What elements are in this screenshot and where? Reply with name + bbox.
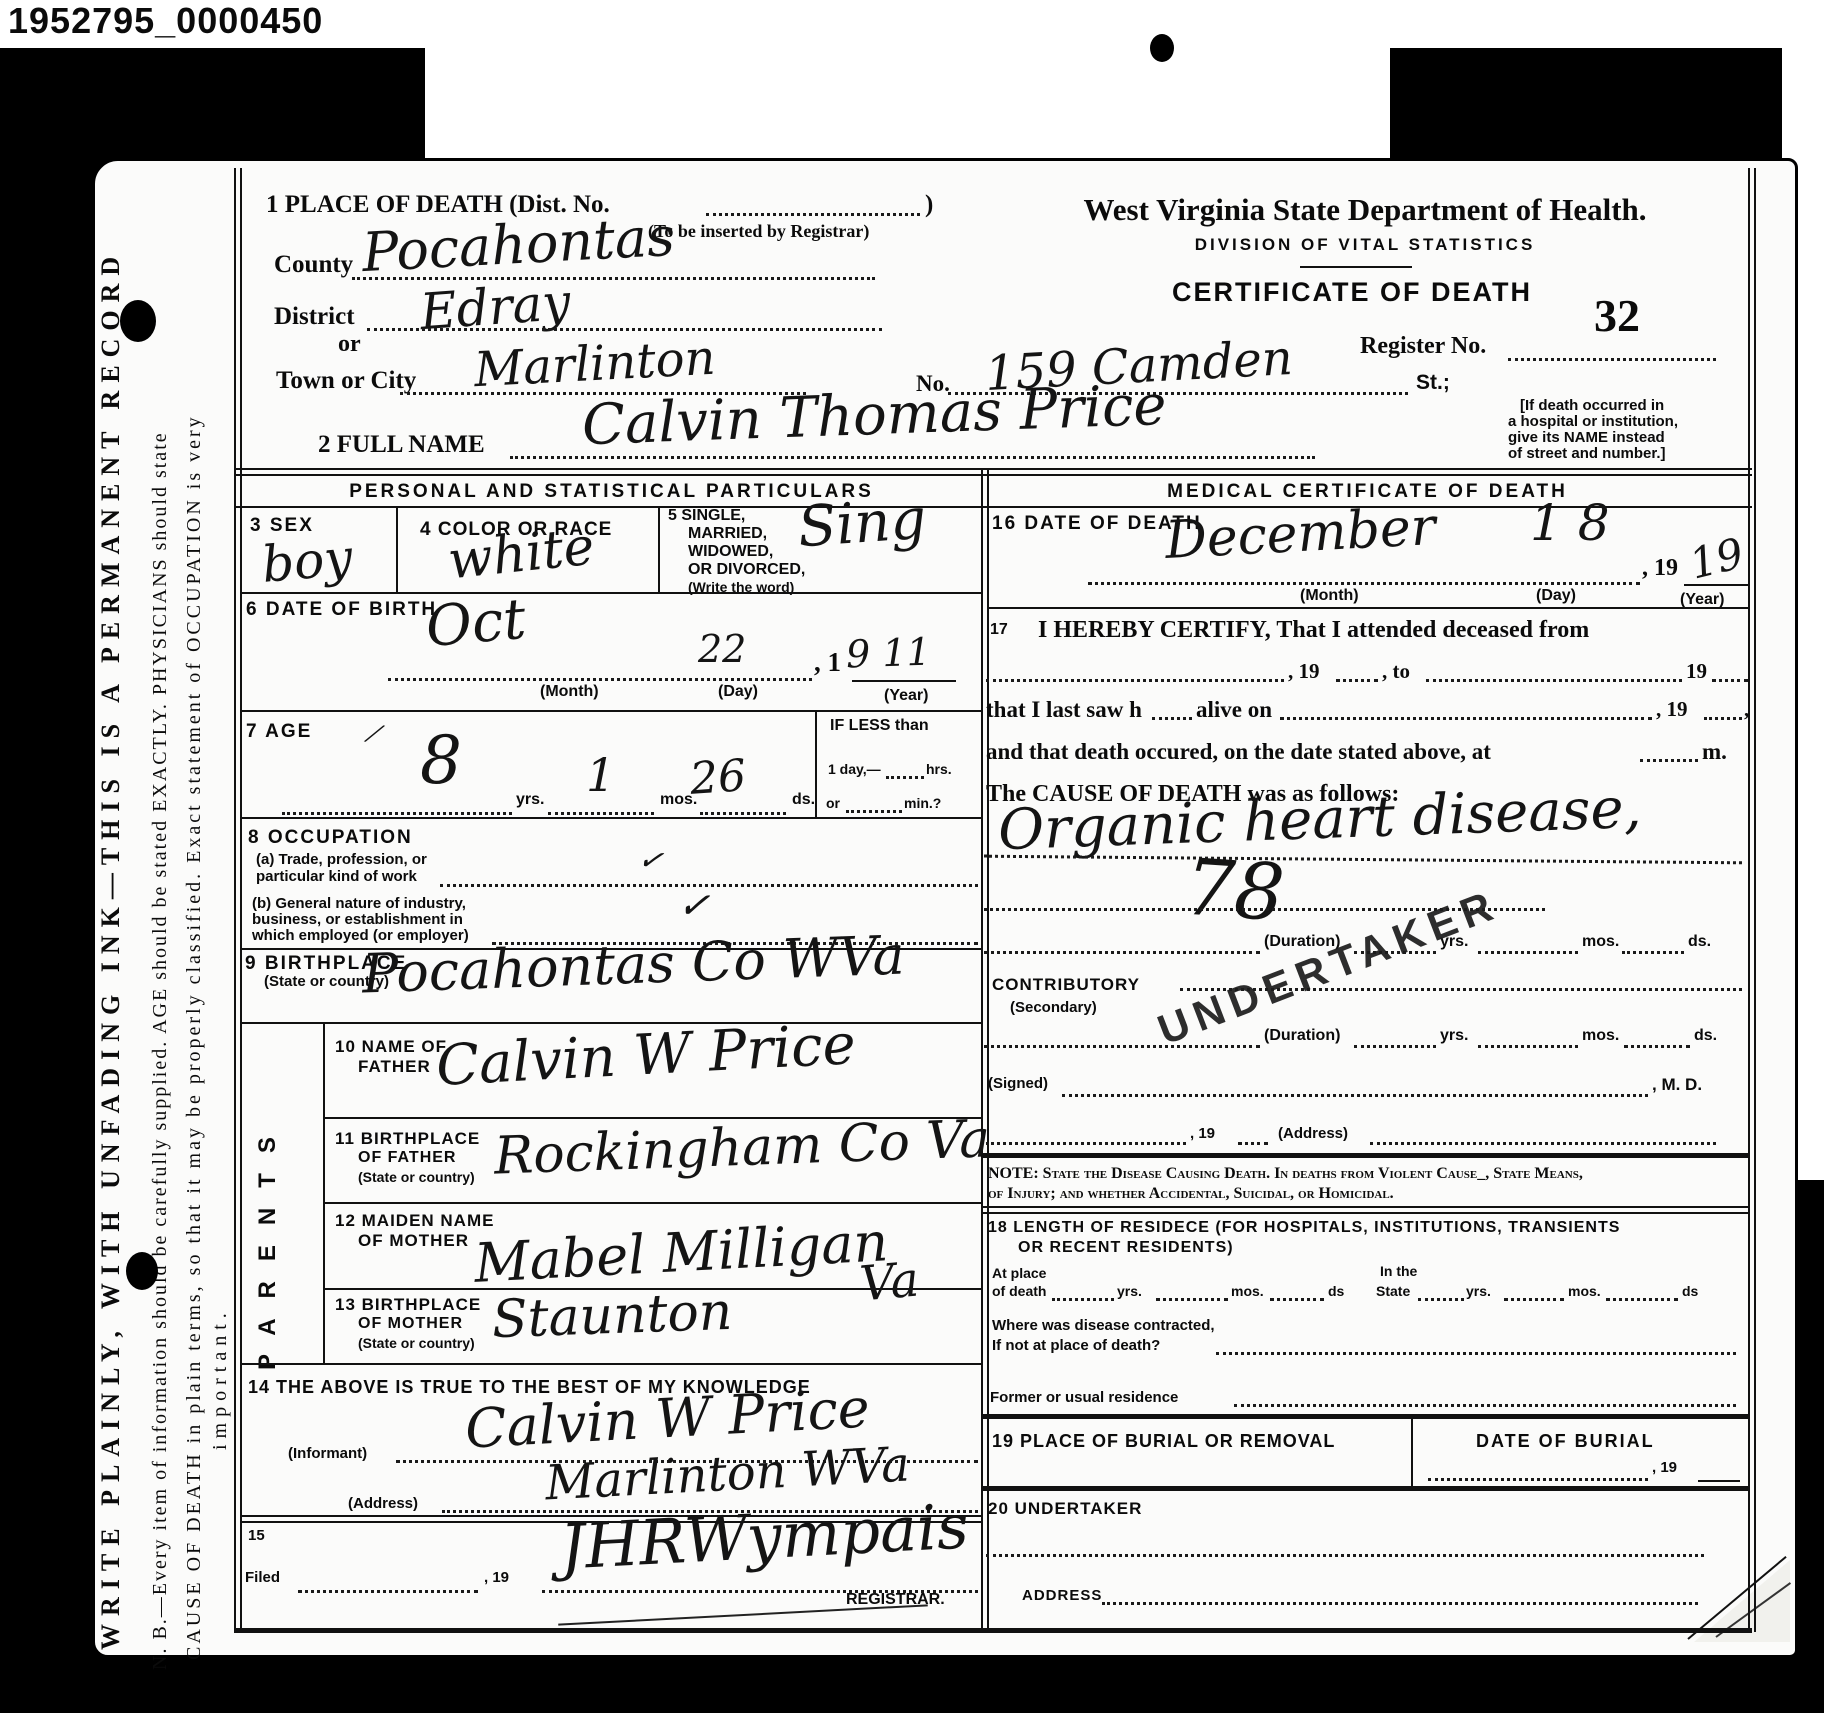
county-value: Pocahontas [361, 210, 676, 280]
town-value: Marlinton [473, 334, 717, 395]
certify-line2-a [986, 679, 1284, 682]
registrar-insert-note: (To be inserted by Registrar) [648, 222, 869, 241]
certify-line2-b [1336, 679, 1378, 682]
marital-label-4: OR DIVORCED, [688, 562, 805, 579]
duration-ds-cap: ds. [1688, 934, 1711, 951]
signed-addr-line-b [1238, 1142, 1268, 1145]
certify-line2-c [1426, 679, 1682, 682]
occupation-label: 8 OCCUPATION [248, 828, 413, 848]
certify-19b: 19 [1686, 660, 1707, 682]
certify-19a: , 19 [1288, 660, 1320, 682]
dob-cap-day: (Day) [718, 684, 758, 701]
rule-bottom [234, 1628, 1752, 1633]
mother-name-label-2: OF MOTHER [358, 1232, 469, 1250]
rule-under-residence [981, 1414, 1748, 1419]
res-yrs-cap-2: yrs. [1466, 1284, 1491, 1299]
ink-blot-lower [126, 1252, 158, 1290]
dob-label: 6 DATE OF BIRTH [246, 600, 437, 620]
burial-label: 19 PLACE OF BURIAL OR REMOVAL [992, 1432, 1335, 1451]
res-line-c [1270, 1298, 1324, 1301]
in-the-cap: In the [1380, 1264, 1417, 1279]
dob-month-value: Oct [424, 592, 528, 656]
res-mos-cap-2: mos. [1568, 1284, 1601, 1299]
color-value: white [446, 520, 597, 587]
rule-under-mother-bp [242, 1363, 981, 1365]
occupation-a-mark: ✓ [636, 844, 666, 878]
fullname-label: 2 FULL NAME [318, 432, 485, 458]
age-yrs-value: 8 [420, 728, 462, 794]
dept-title: West Virginia State Department of Health… [1015, 194, 1715, 227]
certify-to: , to [1382, 660, 1410, 682]
burial-19: , 19 [1652, 1460, 1677, 1476]
rule-under-birthplace [242, 1022, 981, 1024]
margin-nb-note: N. B.—Every item of information should b… [150, 300, 170, 1670]
scanned-death-certificate: 1952795_0000450 WRITE PLAINLY, WITH UNFA… [0, 0, 1824, 1713]
margin-important: important. [210, 1230, 230, 1450]
register-value: 32 [1594, 292, 1640, 340]
mother-bp-value-2: Va [858, 1256, 921, 1309]
scan-gap-right [1782, 48, 1824, 163]
certify-line-4: and that death occured, on the date stat… [986, 740, 1491, 764]
right-section-title: MEDICAL CERTIFICATE OF DEATH [987, 482, 1748, 502]
signed-md-cap: , M. D. [1652, 1076, 1702, 1094]
contrib-duration-line-c [1478, 1045, 1578, 1048]
rule-under-name-row [234, 468, 1752, 476]
district-label: District [274, 304, 355, 330]
dod-month-value: December [1164, 501, 1437, 567]
occupation-b2: business, or establishment in [252, 912, 463, 928]
of-death-cap: of death [992, 1284, 1046, 1299]
duration-line-c [1478, 951, 1578, 954]
certify-line-1: I HEREBY CERTIFY, That I attended deceas… [1038, 618, 1589, 643]
res-yrs-cap-1: yrs. [1117, 1284, 1142, 1299]
rule-under-age [242, 817, 981, 819]
right-rule [1748, 168, 1756, 1632]
res-line-f [1606, 1298, 1678, 1301]
ink-smudge-top [1150, 34, 1174, 62]
parents-inner-rule [323, 1022, 325, 1363]
contrib-duration-line-b [1354, 1045, 1436, 1048]
mother-bp-label-1: 13 BIRTHPLACE [335, 1296, 481, 1314]
certify-line3-c [1704, 717, 1742, 720]
divider-age-ifless [815, 710, 817, 817]
certify-line3-a [1152, 717, 1192, 720]
undertaker-label: 20 UNDERTAKER [988, 1500, 1142, 1518]
hospital-note-2: a hospital or institution, [1508, 414, 1678, 430]
divider-color-marital [658, 506, 660, 592]
hospital-note-3: give its NAME instead [1508, 430, 1665, 446]
father-bp-label-3: (State or country) [358, 1170, 475, 1185]
contributory-sub: (Secondary) [1010, 1000, 1097, 1016]
scan-right-strip [1794, 160, 1824, 1180]
state-cap: State [1376, 1284, 1410, 1299]
st-label: St.; [1416, 372, 1450, 394]
undertaker-line [986, 1554, 1704, 1557]
dod-line [1088, 582, 1640, 585]
father-name-label-2: FATHER [358, 1058, 431, 1076]
ifless-hrs-line [886, 776, 924, 779]
where-line [1216, 1352, 1736, 1355]
rule-under-sex-row [242, 592, 981, 594]
burial-date-line [1428, 1478, 1648, 1481]
signed-addr-cap: (Address) [1278, 1126, 1348, 1142]
dist-no-line [706, 213, 920, 216]
where-contracted-2: If not at place of death? [992, 1338, 1160, 1354]
contrib-yrs-cap: yrs. [1440, 1028, 1468, 1045]
signed-addr-19: , 19 [1190, 1126, 1215, 1142]
age-ds-value: 26 [689, 754, 748, 802]
note-line-1: NOTE: State the Disease Causing Death. I… [988, 1166, 1583, 1183]
informant-cap: (Informant) [288, 1446, 367, 1462]
note-line-2: of Injury; and whether Accidental, Suici… [988, 1186, 1394, 1203]
burial-date-label: DATE OF BURIAL [1476, 1432, 1655, 1451]
filed-label: Filed [245, 1570, 280, 1586]
age-label: 7 AGE [246, 722, 312, 742]
marital-label-3: WIDOWED, [688, 544, 773, 561]
dob-cap-year: (Year) [884, 688, 928, 705]
ifless-hrs-cap: hrs. [926, 762, 952, 777]
divider-sex-color [396, 506, 398, 592]
contrib-duration-line-a [984, 1045, 1260, 1048]
age-line-1 [282, 812, 512, 815]
occupation-b-mark: ✓ [676, 885, 711, 926]
certify-line4-a [1640, 759, 1698, 762]
certify-line-3c: , 19 [1656, 698, 1688, 720]
hospital-note-4: of street and number.] [1508, 446, 1666, 462]
margin-cause-note: CAUSE OF DEATH in plain terms, so that i… [184, 320, 204, 1660]
ifless-min-line [846, 810, 902, 813]
district-or: or [338, 332, 361, 357]
certificate-title: CERTIFICATE OF DEATH [1052, 278, 1652, 306]
filed-19: , 19 [484, 1570, 509, 1586]
signed-line [1062, 1094, 1648, 1097]
rule-under-dod [987, 607, 1748, 609]
residence-label-2: OR RECENT RESIDENTS) [1018, 1240, 1234, 1257]
dob-cap-month: (Month) [540, 684, 599, 701]
marital-value: Sing [796, 492, 928, 557]
certify-line3-b [1280, 717, 1652, 720]
marital-label-1: 5 SINGLE, [668, 508, 745, 525]
res-line-e [1504, 1298, 1564, 1301]
county-label: County [274, 252, 353, 278]
ifless-label-1: IF LESS than [830, 718, 929, 735]
mother-bp-label-2: OF MOTHER [358, 1316, 463, 1333]
duration-mos-cap: mos. [1582, 934, 1619, 951]
duration-line-d [1622, 951, 1684, 954]
dob-year-line [852, 680, 956, 682]
burial-divider [1411, 1414, 1413, 1486]
at-place-cap: At place [992, 1266, 1046, 1281]
margin-rule [234, 168, 242, 1632]
certify-line-3d: , [1744, 698, 1749, 720]
registrar-cap: REGISTRAR. [846, 1592, 945, 1609]
res-line-a [1052, 1298, 1114, 1301]
dob-year-value: 9 11 [845, 633, 931, 674]
mother-bp-label-3: (State or country) [358, 1336, 475, 1351]
undertaker-address-cap: ADDRESS [1022, 1588, 1102, 1604]
ifless-or-cap: or [826, 796, 840, 811]
contrib-duration-line-d [1624, 1045, 1690, 1048]
rule-under-titles [234, 506, 1752, 508]
duration-line-a [984, 951, 1260, 954]
place-of-death-paren: ) [925, 192, 933, 218]
occupation-a2: particular kind of work [256, 869, 417, 885]
signed-addr-line-a [986, 1142, 1186, 1145]
mother-bp-value: Staunton [491, 1286, 733, 1346]
res-mos-cap-1: mos. [1231, 1284, 1264, 1299]
rule-under-signed [981, 1153, 1748, 1158]
residence-label-1: 18 LENGTH OF RESIDECE (FOR HOSPITALS, IN… [988, 1220, 1620, 1237]
father-name-label-1: 10 NAME OF [335, 1038, 447, 1056]
register-line [1508, 358, 1716, 361]
informant-address-cap: (Address) [348, 1496, 418, 1512]
signed-addr-line-c [1370, 1142, 1716, 1145]
dod-cap-day: (Day) [1536, 588, 1576, 605]
age-line-2 [548, 812, 654, 815]
mother-name-label-1: 12 MAIDEN NAME [335, 1212, 494, 1230]
rule-under-burial [981, 1486, 1748, 1491]
certify-line2-d [1712, 679, 1748, 682]
rule-under-dob [242, 710, 981, 712]
division-title: DIVISION OF VITAL STATISTICS [1015, 236, 1715, 254]
certify-line-4m: m. [1702, 740, 1727, 764]
scan-id-label: 1952795_0000450 [8, 2, 323, 40]
occupation-b1: (b) General nature of industry, [252, 896, 466, 912]
father-bp-label-2: OF FATHER [358, 1150, 456, 1167]
register-label: Register No. [1360, 334, 1486, 359]
cause-duration-value: 78 [1182, 849, 1286, 934]
hospital-note-1: [If death occurred in [1520, 398, 1664, 414]
margin-write-plainly: WRITE PLAINLY, WITH UNFADING INK—THIS IS… [98, 300, 124, 1650]
former-residence-cap: Former or usual residence [990, 1390, 1178, 1406]
contrib-mos-cap: mos. [1582, 1028, 1619, 1045]
district-line [367, 328, 882, 331]
certify-line-3b: alive on [1196, 698, 1272, 722]
occupation-a1: (a) Trade, profession, or [256, 852, 427, 868]
scan-gap-middle [425, 48, 1390, 163]
age-line-3 [700, 812, 786, 815]
center-divider [981, 468, 989, 1632]
dob-line [388, 678, 812, 681]
res-line-b [1156, 1298, 1228, 1301]
dod-year-value: 19 [1686, 532, 1748, 586]
contrib-duration-cap: (Duration) [1264, 1028, 1340, 1045]
burial-19-line [1698, 1480, 1740, 1482]
res-line-d [1418, 1298, 1464, 1301]
town-label: Town or City [276, 368, 416, 394]
undertaker-address-line [1102, 1602, 1698, 1605]
parents-vertical-label: PARENTS [256, 1050, 280, 1370]
ifless-min-cap: min.? [904, 796, 941, 811]
age-cap-yrs: yrs. [516, 792, 544, 809]
contributory-label: CONTRIBUTORY [992, 976, 1140, 994]
dod-19-printed: , 19 [1642, 556, 1678, 581]
county-line [352, 277, 875, 280]
ink-blot-upper [120, 300, 156, 342]
where-contracted-1: Where was disease contracted, [992, 1318, 1215, 1334]
filed-line-1 [298, 1590, 478, 1593]
marital-label-2: MARRIED, [688, 526, 767, 543]
division-underline [1300, 266, 1412, 268]
age-mos-value: 1 [586, 752, 615, 798]
filed-num: 15 [248, 1528, 265, 1544]
fullname-line [510, 456, 1315, 459]
former-line [1234, 1404, 1736, 1407]
age-cap-ds: ds. [792, 792, 815, 809]
dod-cap-month: (Month) [1300, 588, 1359, 605]
dod-day-value: 1 8 [1530, 498, 1610, 548]
res-ds-cap-2: ds [1682, 1284, 1698, 1299]
sex-value: boy [260, 532, 354, 590]
dod-year-line [1684, 584, 1748, 586]
ifless-label-2: 1 day,— [828, 762, 881, 777]
contrib-ds-cap: ds. [1694, 1028, 1717, 1045]
dob-year-printed: , 1 [814, 648, 841, 676]
certify-num: 17 [990, 622, 1008, 639]
res-ds-cap-1: ds [1328, 1284, 1344, 1299]
dob-day-value: 22 [698, 630, 746, 668]
father-bp-label-1: 11 BIRTHPLACE [335, 1130, 480, 1148]
rule-under-father-bp [323, 1202, 981, 1204]
rule-under-note [981, 1206, 1748, 1214]
signed-cap: (Signed) [988, 1076, 1048, 1092]
certify-line-3a: that I last saw h [986, 698, 1142, 722]
